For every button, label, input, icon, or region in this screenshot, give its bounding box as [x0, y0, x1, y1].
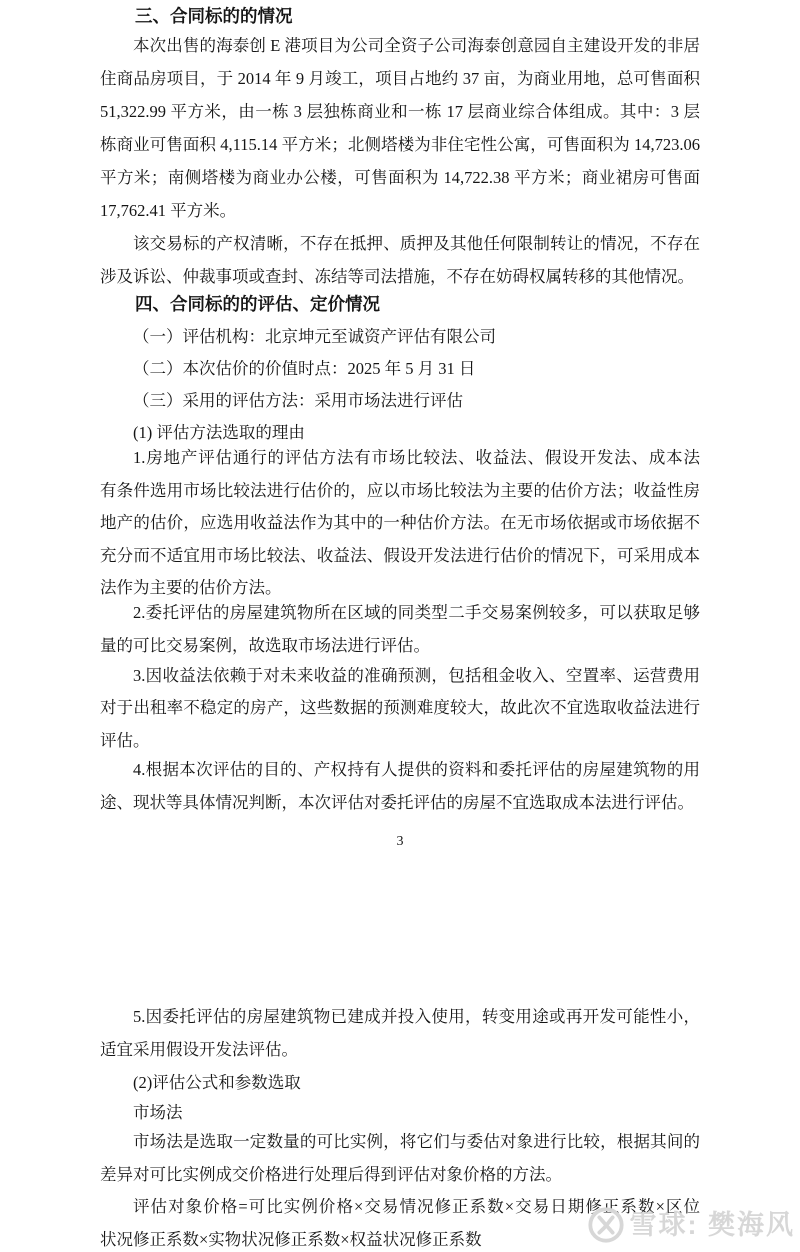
- paragraph-line: 有条件选用市场比较法进行估价的，应以市场比较法为主要的估价方法；收益性房: [100, 474, 700, 507]
- paragraph-line: 充分而不适宜用市场比较法、收益法、假设开发法进行估价的情况下，可采用成本: [100, 539, 700, 572]
- paragraph-line: 途、现状等具体情况判断，本次评估对委托评估的房屋不宜选取成本法进行评估。: [100, 786, 700, 819]
- paragraph-line: 差异对可比实例成交价格进行处理后得到评估对象价格的方法。: [100, 1158, 700, 1191]
- section-heading: 四、合同标的的评估、定价情况: [100, 288, 700, 321]
- paragraph-line: 市场法是选取一定数量的可比实例，将它们与委估对象进行比较，根据其间的: [100, 1125, 700, 1158]
- paragraph-line: 51,322.99 平方米，由一栋 3 层独栋商业和一栋 17 层商业综合体组成…: [100, 95, 700, 128]
- list-item: （一）评估机构：北京坤元至诚资产评估有限公司: [100, 320, 700, 353]
- document-page: { "page": { "number": "3", "background_c…: [0, 0, 800, 1252]
- paragraph-line: 平方米；南侧塔楼为商业办公楼，可售面积为 14,722.38 平方米；商业裙房可…: [100, 161, 700, 194]
- paragraph-line: 2.委托评估的房屋建筑物所在区域的同类型二手交易案例较多，可以获取足够数: [100, 596, 700, 629]
- paragraph-line: 对于出租率不稳定的房产，这些数据的预测难度较大，故此次不宜选取收益法进行: [100, 691, 700, 724]
- paragraph-line: 5.因委托评估的房屋建筑物已建成并投入使用，转变用途或再开发可能性小，不: [100, 1000, 700, 1033]
- paragraph-line: 适宜采用假设开发法评估。: [100, 1033, 700, 1066]
- paragraph-line: 栋商业可售面积 4,115.14 平方米；北侧塔楼为非住宅性公寓，可售面积为 1…: [100, 128, 700, 161]
- list-item: （三）采用的评估方法：采用市场法进行评估: [100, 384, 700, 417]
- paragraph-line: 地产的估价，应选用收益法作为其中的一种估价方法。在无市场依据或市场依据不: [100, 506, 700, 539]
- xueqiu-snowball-icon: [587, 1206, 625, 1244]
- watermark: 雪球: 樊海风: [587, 1206, 796, 1244]
- paragraph-line: 4.根据本次评估的目的、产权持有人提供的资料和委托评估的房屋建筑物的用: [100, 753, 700, 786]
- paragraph-line: 1.房地产评估通行的评估方法有市场比较法、收益法、假设开发法、成本法等。: [100, 441, 700, 474]
- list-item: （二）本次估价的价值时点：2025 年 5 月 31 日: [100, 352, 700, 385]
- watermark-label: 雪球: 樊海风: [630, 1206, 796, 1244]
- paragraph-line: 该交易标的产权清晰，不存在抵押、质押及其他任何限制转让的情况，不存在: [100, 227, 700, 260]
- paragraph-line: 量的可比交易案例，故选取市场法进行评估。: [100, 629, 700, 662]
- paragraph-line: 住商品房项目，于 2014 年 9 月竣工，项目占地约 37 亩，为商业用地，总…: [100, 62, 700, 95]
- paragraph-line: 3.因收益法依赖于对未来收益的准确预测，包括租金收入、空置率、运营费用等。: [100, 659, 700, 692]
- list-item: (2)评估公式和参数选取: [100, 1066, 700, 1099]
- page-number: 3: [100, 832, 700, 852]
- paragraph-line: 本次出售的海泰创 E 港项目为公司全资子公司海泰创意园自主建设开发的非居: [100, 29, 700, 62]
- paragraph-line: 17,762.41 平方米。: [100, 194, 700, 227]
